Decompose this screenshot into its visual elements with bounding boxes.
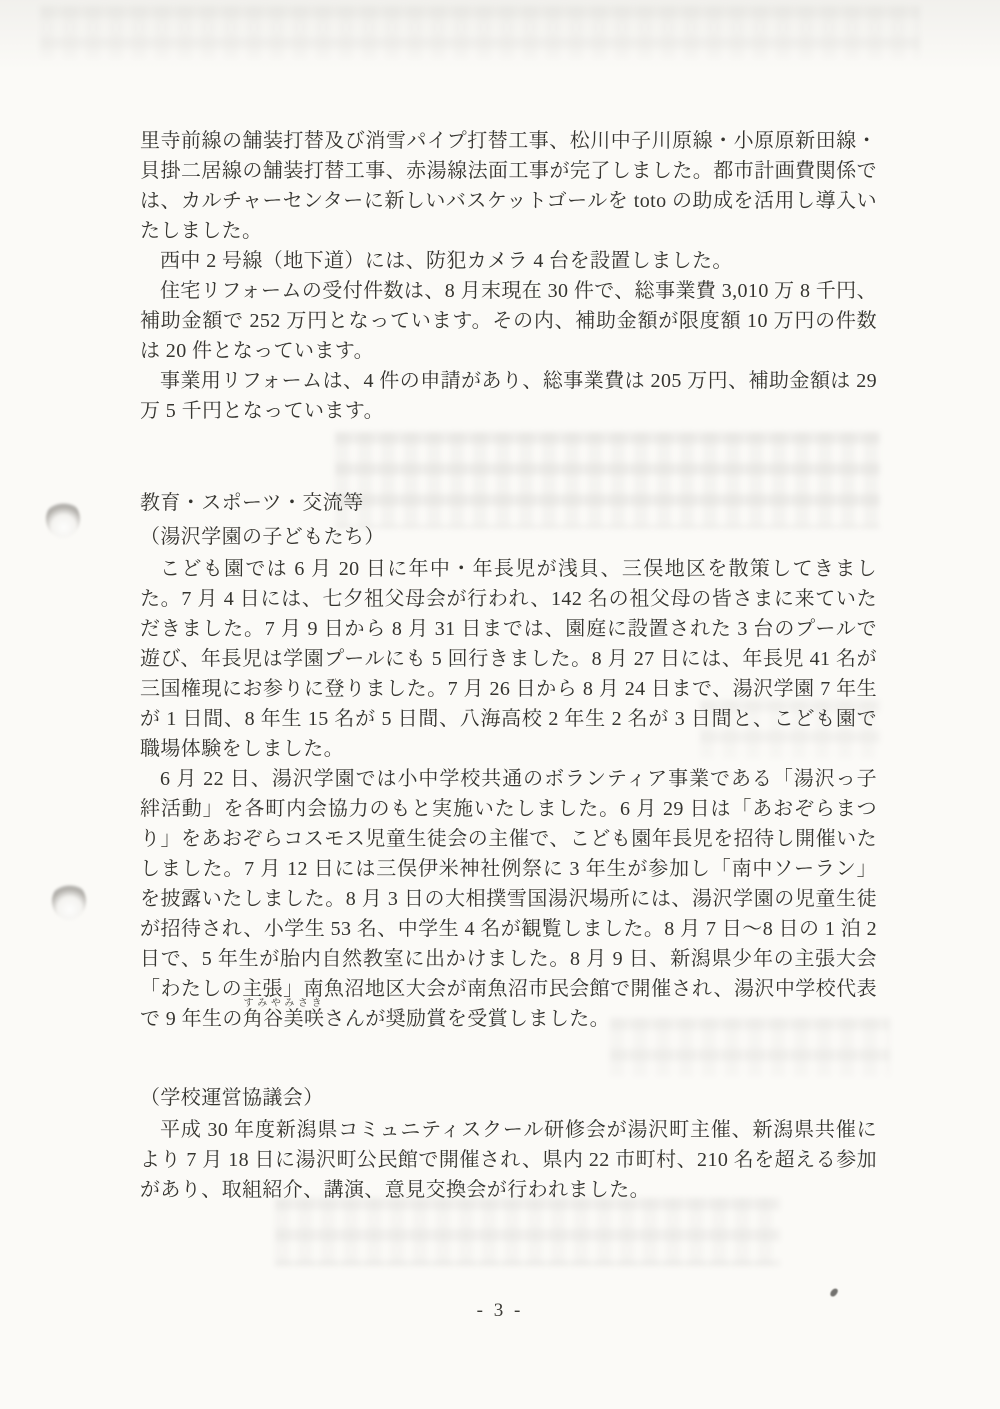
- paragraph-housing-reform: 住宅リフォームの受付件数は、8 月末現在 30 件で、総事業費 3,010 万 …: [140, 276, 877, 366]
- bleed-through-artifact: [275, 1198, 780, 1266]
- page-number: - 3 -: [0, 1300, 1000, 1322]
- subsection-heading-school-council: （学校運営協議会）: [140, 1082, 877, 1115]
- paragraph-school-council: 平成 30 年度新潟県コミュニティスクール研修会が湯沢町主催、新潟県共催により …: [140, 1115, 877, 1205]
- punch-hole-top: [46, 500, 80, 538]
- scan-edge-shadow: [0, 0, 1000, 70]
- text-segment-after-name: さんが奨励賞を受賞しました。: [324, 1008, 610, 1030]
- document-body: 里寺前線の舗装打替及び消雪パイプ打替工事、松川中子川原線・小原原新田線・貝掛二居…: [140, 126, 877, 1205]
- scan-speck: [829, 1287, 839, 1298]
- paragraph-school-activities: 6 月 22 日、湯沢学園では小中学校共通のボランティア事業である「湯沢っ子絆活…: [140, 764, 877, 1034]
- text-segment-before-name: 6 月 22 日、湯沢学園では小中学校共通のボランティア事業である「湯沢っ子絆活…: [140, 768, 877, 1030]
- paragraph-underpass-camera: 西中 2 号線（地下道）には、防犯カメラ 4 台を設置しました。: [140, 246, 877, 276]
- paragraph-road-construction: 里寺前線の舗装打替及び消雪パイプ打替工事、松川中子川原線・小原原新田線・貝掛二居…: [140, 126, 877, 246]
- bleed-through-artifact: [40, 6, 920, 58]
- paragraph-business-reform: 事業用リフォームは、4 件の申請があり、総事業費は 205 万円、補助金額は 2…: [140, 366, 877, 426]
- paragraph-kodomoen-activities: こども園では 6 月 20 日に年中・年長児が浅貝、三俣地区を散策してきました。…: [140, 554, 877, 764]
- section-heading-education: 教育・スポーツ・交流等: [140, 488, 877, 518]
- student-name: 角谷美咲: [243, 1008, 325, 1030]
- student-name-furigana: すみやみさき: [243, 998, 325, 1009]
- punch-hole-bottom: [52, 882, 86, 920]
- student-name-ruby: 角谷美咲すみやみさき: [243, 1008, 325, 1030]
- scanned-page: 里寺前線の舗装打替及び消雪パイプ打替工事、松川中子川原線・小原原新田線・貝掛二居…: [0, 0, 1000, 1409]
- subsection-heading-yuzawa-children: （湯沢学園の子どもたち）: [140, 521, 877, 554]
